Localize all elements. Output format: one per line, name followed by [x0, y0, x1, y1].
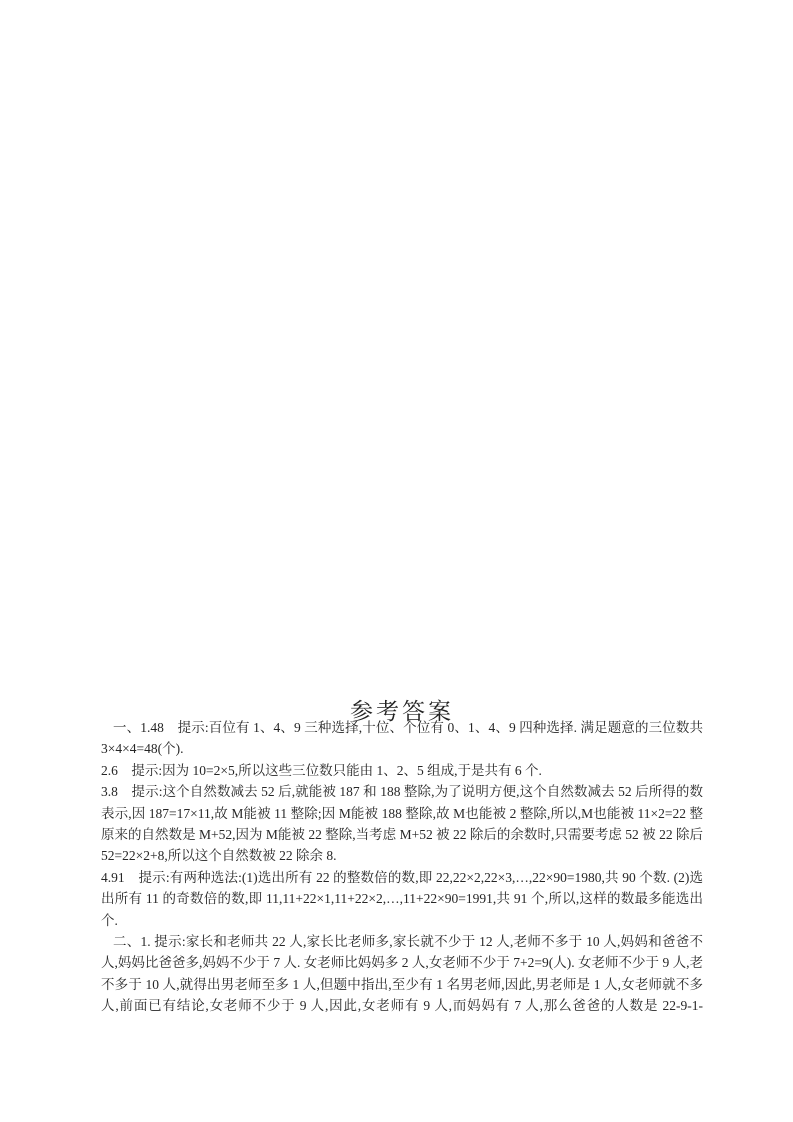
- text-line: 3.8 提示:这个自然数减去 52 后,就能被 187 和 188 整除,为了说…: [101, 781, 703, 802]
- text-line: 出所有 11 的奇数倍的数,即 11,11+22×1,11+22×2,…,11+…: [101, 888, 703, 909]
- text-line: 表示,因 187=17×11,故 M能被 11 整除;因 M能被 188 整除,…: [101, 803, 703, 824]
- text-line: 二、1. 提示:家长和老师共 22 人,家长比老师多,家长就不少于 12 人,老…: [101, 931, 703, 952]
- text-line: 52=22×2+8,所以这个自然数被 22 除余 8.: [101, 845, 703, 866]
- text-line: 人,妈妈比爸爸多,妈妈不少于 7 人. 女老师比妈妈多 2 人,女老师不少于 7…: [101, 952, 703, 973]
- answer-text-block: 一、1.48 提示:百位有 1、4、9 三种选择,十位、个位有 0、1、4、9 …: [101, 717, 703, 1016]
- text-line: 原来的自然数是 M+52,因为 M能被 22 整除,当考虑 M+52 被 22 …: [101, 824, 703, 845]
- text-line: 人,前面已有结论,女老师不少于 9 人,因此,女老师有 9 人,而妈妈有 7 人…: [101, 995, 703, 1016]
- text-line: 3×4×4=48(个).: [101, 738, 703, 759]
- text-line: 2.6 提示:因为 10=2×5,所以这些三位数只能由 1、2、5 组成,于是共…: [101, 760, 703, 781]
- text-line: 不多于 10 人,就得出男老师至多 1 人,但题中指出,至少有 1 名男老师,因…: [101, 974, 703, 995]
- document-page: 参考答案 一、1.48 提示:百位有 1、4、9 三种选择,十位、个位有 0、1…: [0, 0, 793, 1122]
- text-line: 4.91 提示:有两种选法:(1)选出所有 22 的整数倍的数,即 22,22×…: [101, 867, 703, 888]
- text-line: 一、1.48 提示:百位有 1、4、9 三种选择,十位、个位有 0、1、4、9 …: [101, 717, 703, 738]
- text-line: 个.: [101, 910, 703, 931]
